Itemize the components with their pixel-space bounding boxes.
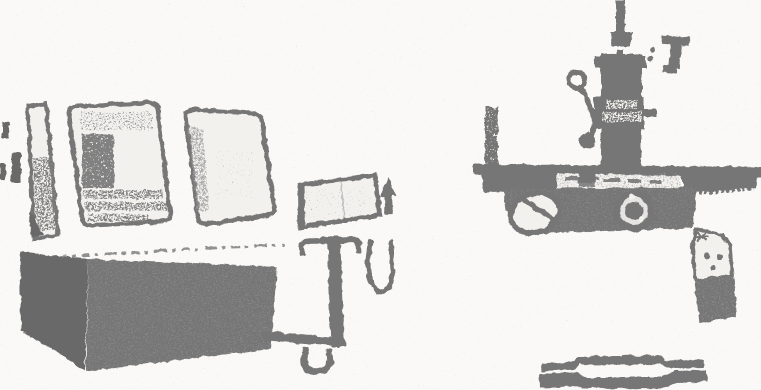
lever-ball-end: [579, 133, 595, 149]
tslot-mark: [604, 179, 621, 183]
drawbar-rod: [616, 0, 625, 36]
mill-column: [601, 126, 641, 168]
head-upper-block: [601, 54, 642, 98]
pendant-grip-texture: [695, 274, 735, 321]
tslot-mark: [650, 181, 662, 185]
window-glare-speckle: [80, 112, 152, 130]
control-pendant: [692, 229, 735, 321]
bracket-foot: [662, 64, 677, 73]
enclosure-window-left: [69, 103, 170, 226]
figure-svg: [0, 0, 761, 390]
head-nameplate: [602, 112, 642, 122]
crank-knob: [536, 181, 544, 189]
handwheel-knob: [639, 216, 645, 222]
wall-mark: [0, 163, 6, 180]
scanned-figure: [0, 0, 761, 390]
pendant-button: [710, 265, 715, 270]
window-streak: [85, 202, 167, 211]
drawbar-collar: [610, 32, 633, 46]
head-side-stub: [644, 109, 656, 117]
panel-key-marks: [306, 188, 370, 218]
panel-left-edge: [301, 185, 302, 226]
tslot-mark: [566, 177, 579, 181]
window-faint-marks: [215, 150, 255, 200]
window-streak: [83, 190, 163, 199]
pendant-button: [717, 254, 723, 260]
side-panel-shading: [33, 156, 57, 232]
wall-mark: [11, 152, 21, 183]
handwheel-dot: [630, 195, 635, 200]
window-streak: [88, 214, 148, 221]
table-rear-blob: [578, 170, 595, 183]
bracket-vertical: [669, 44, 682, 68]
pendant-button: [704, 253, 710, 259]
tslot-mark: [627, 180, 641, 184]
depth-stop-post: [485, 107, 498, 167]
window-dark-reflection: [82, 134, 114, 188]
front-handwheel: [613, 190, 655, 232]
enclosure-window-right: [186, 110, 274, 225]
wall-mark: [2, 121, 9, 139]
head-nameplate: [606, 100, 637, 109]
scan-artwork: [0, 0, 761, 390]
